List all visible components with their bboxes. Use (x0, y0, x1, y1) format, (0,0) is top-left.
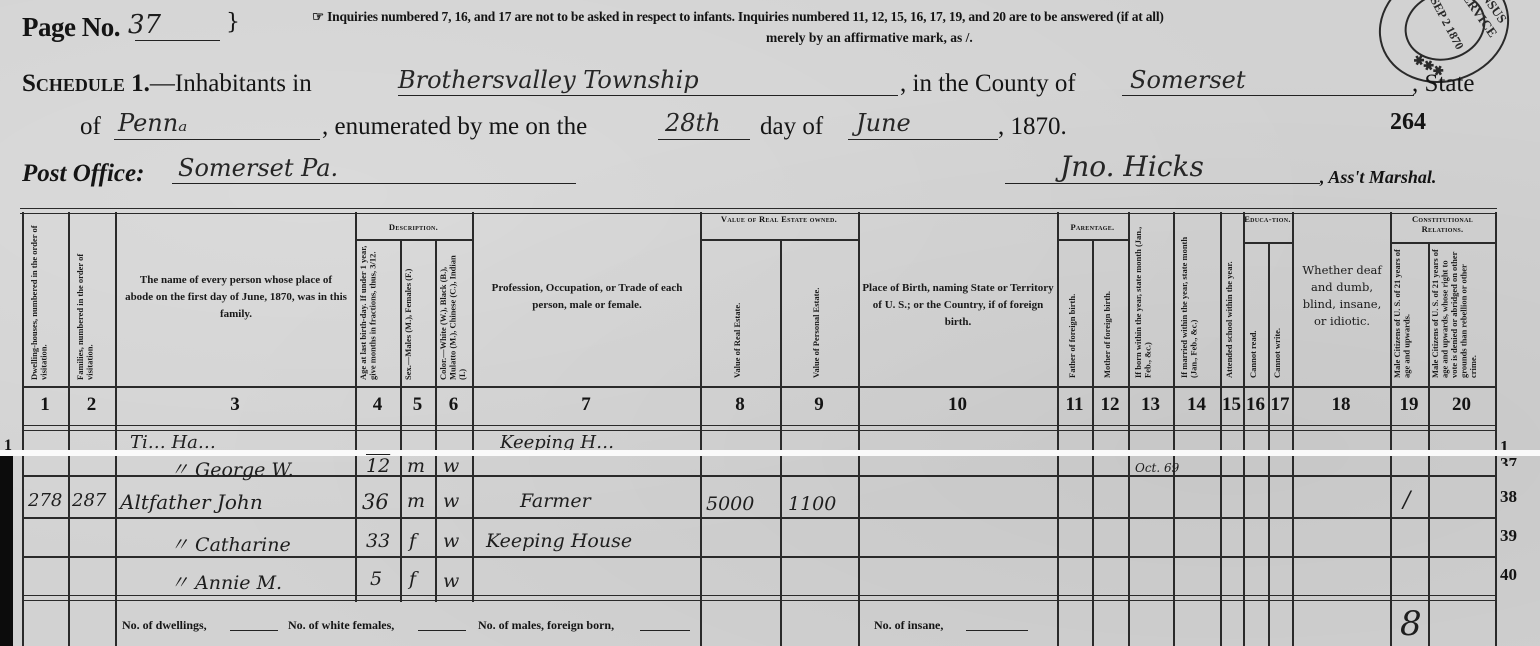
brace-glyph: } (226, 10, 240, 35)
footer-dwellings-label: No. of dwellings, (122, 618, 207, 633)
schedule-line: Schedule 1.—Inhabitants in (22, 70, 312, 98)
marshal-underline (1005, 183, 1320, 184)
description-group-rule (355, 239, 472, 241)
rows-bottom-rule (22, 595, 1495, 601)
colnum-2: 2 (68, 394, 115, 416)
inquiries-notice-line2: merely by an affirmative mark, as /. (766, 30, 973, 46)
header-rule (22, 386, 1495, 388)
colnum-8: 8 (700, 394, 780, 416)
occupation-cell: Keeping House (486, 530, 632, 552)
col-header-4: Age at last birth-day. If under 1 year, … (359, 244, 397, 380)
color-cell: w (443, 570, 459, 592)
sex-cell: f (409, 530, 416, 552)
col-header-10: Place of Birth, naming State or Territor… (862, 280, 1054, 331)
col-header-3: The name of every person whose place of … (125, 272, 347, 323)
constitutional-group-rule (1390, 242, 1495, 244)
colnum-4: 4 (355, 394, 400, 416)
col-line (1495, 212, 1497, 646)
sex-cell: f (409, 568, 416, 590)
group-header-education: Educa-tion. (1243, 214, 1292, 224)
day-of-text: day of (760, 113, 823, 141)
group-header-real-estate: Value of Real Estate owned. (700, 214, 858, 224)
year-text: , 1870. (998, 113, 1067, 141)
col-header-6: Color.—White (W.), Black (B.), Mulatto (… (439, 244, 469, 380)
row-number: 38 (1500, 487, 1517, 507)
month-value: June (856, 109, 911, 137)
col-header-20: Male Citizens of U. S. of 21 years of ag… (1431, 246, 1493, 378)
footer-insane-label: No. of insane, (874, 618, 943, 633)
col-header-12: Mother of foreign birth. (1103, 248, 1117, 378)
real-estate-cell: 5000 (706, 493, 754, 515)
citizen-mark-cell: / (1403, 488, 1410, 513)
col-line (435, 239, 437, 602)
family-number-cell: 287 (72, 490, 106, 511)
colnum-bottom-rule (22, 425, 1495, 431)
row-number: 37 (1500, 454, 1517, 466)
col-line (1057, 212, 1059, 646)
group-header-constitutional: Constitutional Relations. (1390, 214, 1495, 234)
real-estate-group-rule (700, 239, 858, 241)
col-header-2: Families, numbered in the order of visit… (76, 218, 108, 380)
footer-blank (418, 630, 466, 631)
col-line (68, 212, 70, 646)
col-header-17: Cannot write. (1273, 300, 1287, 378)
row-number: 39 (1500, 526, 1517, 546)
col-header-14: If married within the year, state month … (1180, 220, 1214, 378)
color-cell: w (443, 490, 459, 512)
marshal-signature: Jno. Hicks (1060, 150, 1204, 183)
inhabitants-text: —Inhabitants in (150, 70, 312, 97)
colnum-17: 17 (1268, 394, 1292, 416)
col-line (1243, 212, 1245, 646)
col-header-9: Value of Personal Estate. (812, 248, 826, 378)
footer-blank (966, 630, 1028, 631)
colnum-16: 16 (1243, 394, 1268, 416)
group-header-description: Description. (355, 222, 472, 232)
colnum-5: 5 (400, 394, 435, 416)
partial-name: Ti… Ha… (130, 432, 216, 450)
partial-occupation: Keeping H… (500, 432, 614, 450)
col-header-7: Profession, Occupation, or Trade of each… (482, 280, 692, 314)
age-cell: 5 (370, 568, 382, 590)
color-cell: w (443, 530, 459, 552)
marshal-label: , Ass't Marshal. (1320, 167, 1436, 188)
footer-blank (640, 630, 690, 631)
col-header-1: Dwelling-houses, numbered in the order o… (30, 218, 62, 380)
colnum-10: 10 (858, 394, 1057, 416)
col-line (780, 239, 782, 646)
age-cell: 33 (366, 530, 390, 552)
row-rule (22, 517, 1495, 519)
name-cell: Altfather John (120, 490, 263, 514)
inquiries-notice-line1: ☞ Inquiries numbered 7, 16, and 17 are n… (312, 9, 1164, 25)
personal-estate-cell: 1100 (788, 493, 836, 515)
col-line (22, 212, 24, 646)
col-line (1220, 212, 1222, 646)
age-cell: 12 (366, 455, 390, 477)
col-header-16: Cannot read. (1249, 300, 1263, 378)
colnum-1: 1 (22, 394, 68, 416)
col-header-19: Male Citizens of U. S. of 21 years of ag… (1393, 246, 1425, 378)
page-number-underline (135, 40, 220, 41)
colnum-3: 3 (115, 394, 355, 416)
occupation-cell: Farmer (520, 490, 591, 512)
col-line (115, 212, 117, 646)
colnum-14: 14 (1173, 394, 1220, 416)
name-cell: 〃 Catharine (170, 530, 291, 557)
county-value: Somerset (1130, 66, 1246, 94)
of-text: of (80, 113, 101, 141)
col-line (1268, 242, 1270, 646)
colnum-20: 20 (1428, 394, 1495, 416)
state-text: , State (1412, 70, 1475, 98)
colnum-9: 9 (780, 394, 858, 416)
state-value: Pennₐ (118, 109, 187, 137)
colnum-11: 11 (1057, 394, 1092, 416)
schedule-label: Schedule 1. (22, 70, 150, 97)
township-value: Brothersvalley Township (398, 66, 699, 94)
name-cell: 〃 George W. (170, 455, 294, 482)
col-header-15: Attended school within the year. (1225, 214, 1239, 378)
col-line (400, 239, 402, 602)
group-header-parentage: Parentage. (1057, 222, 1128, 232)
colnum-18: 18 (1292, 394, 1390, 416)
colnum-13: 13 (1128, 394, 1173, 416)
colnum-19: 19 (1390, 394, 1428, 416)
county-underline (1122, 95, 1414, 96)
footer-white-females-label: No. of white females, (288, 618, 394, 633)
footer-males-foreign-label: No. of males, foreign born, (478, 618, 614, 633)
scan-left-edge (0, 456, 13, 646)
footer-tally-mark: 8 (1400, 604, 1422, 644)
col-header-8: Value of Real Estate. (733, 248, 747, 378)
col-line (1292, 212, 1294, 646)
col-header-11: Father of foreign birth. (1068, 248, 1082, 378)
col-header-13: If born within the year, state month (Ja… (1134, 220, 1168, 378)
col-line (700, 212, 702, 646)
state-underline (114, 139, 320, 140)
post-office-underline (172, 183, 576, 184)
sex-cell: m (407, 455, 425, 477)
sex-cell: m (407, 490, 425, 512)
township-underline (398, 95, 898, 96)
census-page: Page No. 37 } ☞ Inquiries numbered 7, 16… (0, 0, 1540, 646)
day-underline (658, 139, 750, 140)
colnum-15: 15 (1220, 394, 1243, 416)
page-number-label: Page No. (22, 12, 120, 43)
county-text: , in the County of (900, 70, 1076, 98)
month-underline (848, 139, 998, 140)
dwelling-number-cell: 278 (28, 490, 62, 511)
sheet-number: 264 (1390, 109, 1426, 136)
col-line (1173, 212, 1175, 646)
post-office-value: Somerset Pa. (178, 154, 338, 182)
name-cell: 〃 Annie M. (170, 568, 282, 595)
col-line (858, 212, 860, 646)
age-cell: 36 (362, 490, 389, 514)
colnum-6: 6 (435, 394, 472, 416)
col-line (1092, 239, 1094, 646)
colnum-7: 7 (472, 394, 700, 416)
row-number: 40 (1500, 565, 1517, 585)
born-in-year-cell: Oct. 69 (1135, 461, 1179, 475)
day-value: 28th (665, 109, 721, 137)
col-line (1128, 212, 1130, 646)
col-header-18: Whether deaf and dumb, blind, insane, or… (1296, 262, 1388, 330)
post-office-label: Post Office: (22, 160, 144, 188)
color-cell: w (443, 455, 459, 477)
footer-blank (230, 630, 278, 631)
page-number-value: 37 (128, 10, 161, 40)
enumerated-text: , enumerated by me on the (322, 113, 587, 141)
col-header-5: Sex.—Males (M.), Females (F.) (404, 244, 432, 380)
colnum-12: 12 (1092, 394, 1128, 416)
